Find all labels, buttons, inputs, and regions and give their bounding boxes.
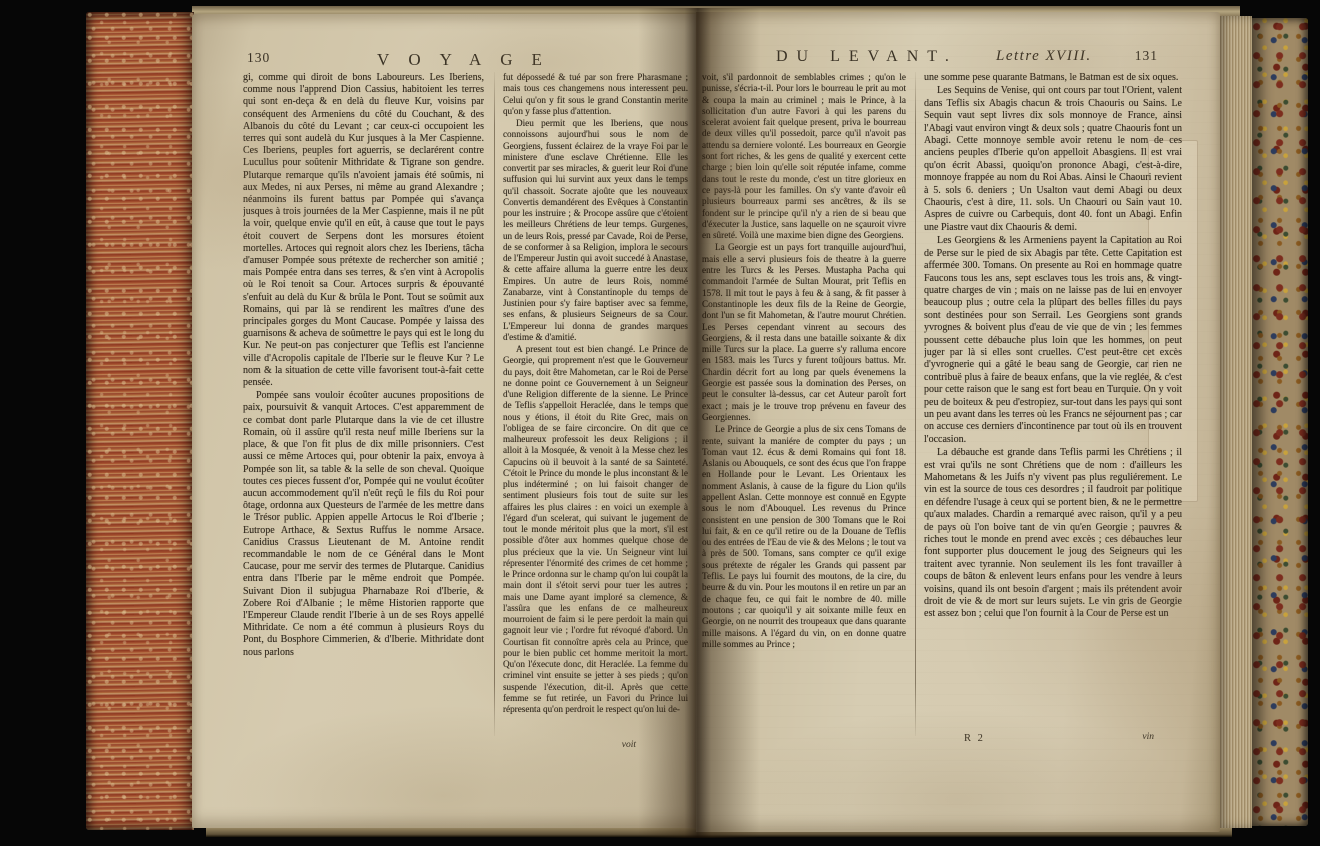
left-page-number: 130 bbox=[247, 50, 270, 66]
paragraph: A present tout est bien changé. Le Princ… bbox=[503, 344, 688, 715]
signature-mark: R 2 bbox=[964, 733, 985, 744]
paragraph: Pompée sans vouloir écoûter aucunes prop… bbox=[243, 390, 484, 658]
left-page-column-2: fut dépossedé & tué par son frere Pharas… bbox=[503, 72, 688, 736]
paragraph: fut dépossedé & tué par son frere Pharas… bbox=[503, 72, 688, 117]
paragraph: La Georgie est un pays fort tranquille a… bbox=[702, 242, 906, 423]
paragraph: Les Sequins de Venise, qui ont cours par… bbox=[924, 85, 1182, 234]
paragraph: gi, comme qui diroit de bons Laboureurs.… bbox=[243, 72, 484, 389]
left-page: 130 VOYAGE gi, comme qui diroit de bons … bbox=[192, 14, 696, 828]
photo-background: 130 VOYAGE gi, comme qui diroit de bons … bbox=[0, 0, 1320, 846]
paragraph: Le Prince de Georgie a plus de six cens … bbox=[702, 424, 906, 650]
right-page-column-1: voit, s'il pardonnoit de semblables crim… bbox=[702, 72, 906, 736]
column-rule bbox=[915, 72, 916, 736]
paragraph: Dieu permit que les Iberiens, que nous c… bbox=[503, 118, 688, 343]
right-running-title: DU LEVANT. bbox=[776, 48, 958, 66]
catchword: vin bbox=[1142, 732, 1154, 742]
paragraph: une somme pese quarante Batmans, le Batm… bbox=[924, 72, 1182, 84]
left-page-column-1: gi, comme qui diroit de bons Laboureurs.… bbox=[243, 72, 484, 736]
paragraph: Les Georgiens & les Armeniens payent la … bbox=[924, 235, 1182, 446]
right-page-text-block: voit, s'il pardonnoit de semblables crim… bbox=[702, 72, 1214, 736]
paragraph: La débauche est grande dans Teflis parmi… bbox=[924, 447, 1182, 621]
right-page-header: DU LEVANT. Lettre XVIII. 131 bbox=[696, 48, 1220, 72]
marbled-page-edge bbox=[1252, 18, 1308, 826]
sprinkled-fore-edge bbox=[86, 12, 194, 830]
right-page-edge-stack bbox=[1216, 16, 1252, 828]
left-page-header: 130 VOYAGE bbox=[192, 50, 696, 74]
right-page-column-2: une somme pese quarante Batmans, le Batm… bbox=[924, 72, 1182, 736]
letter-title: Lettre XVIII. bbox=[996, 48, 1092, 65]
left-running-title: VOYAGE bbox=[377, 50, 561, 70]
catchword: voit bbox=[622, 740, 636, 750]
right-page-number: 131 bbox=[1135, 48, 1158, 64]
left-page-text-block: gi, comme qui diroit de bons Laboureurs.… bbox=[243, 72, 688, 736]
right-page: DU LEVANT. Lettre XVIII. 131 voit, s'il … bbox=[696, 12, 1220, 832]
column-rule bbox=[494, 72, 495, 736]
paragraph: voit, s'il pardonnoit de semblables crim… bbox=[702, 72, 906, 241]
